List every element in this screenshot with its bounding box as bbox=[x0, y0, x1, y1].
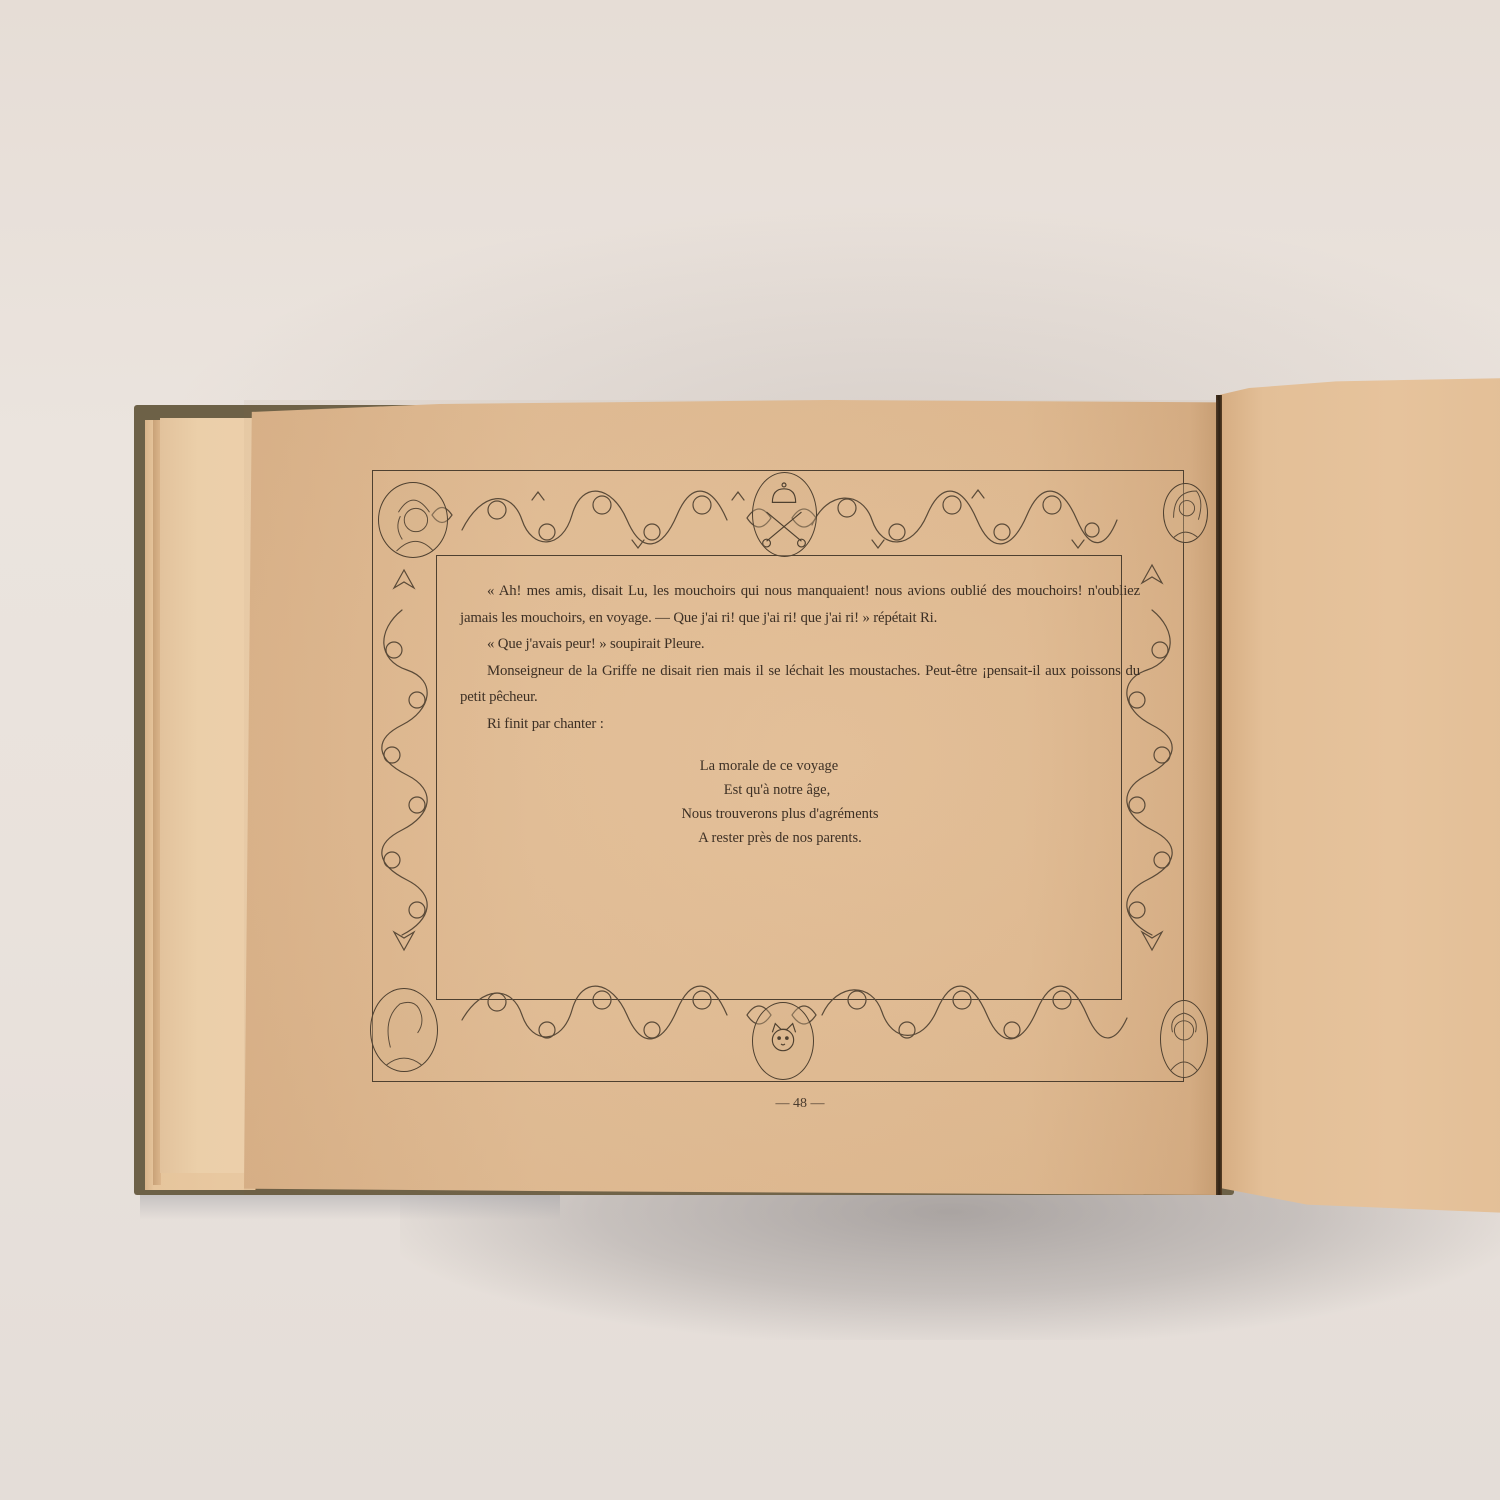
child-portrait-icon bbox=[1164, 484, 1207, 542]
medallion-bottom-right-portrait bbox=[1160, 1000, 1208, 1078]
poem-line-3: Nous trouverons plus d'agréments bbox=[640, 802, 920, 826]
crown-scepters-icon bbox=[753, 473, 816, 556]
poem-line-2: Est qu'à notre âge, bbox=[634, 778, 920, 802]
book-gutter bbox=[1216, 395, 1222, 1195]
page-body-text: « Ah! mes amis, disait Lu, les mouchoirs… bbox=[460, 578, 1140, 737]
poem-line-1: La morale de ce voyage bbox=[618, 754, 920, 778]
medallion-top-left-portrait bbox=[378, 482, 448, 558]
medallion-bottom-center-cat bbox=[752, 1002, 814, 1080]
medallion-top-right-portrait bbox=[1163, 483, 1208, 543]
page-number: — 48 — bbox=[760, 1096, 840, 1112]
poem-stanza: La morale de ce voyage Est qu'à notre âg… bbox=[640, 754, 920, 850]
child-profile-icon bbox=[371, 989, 437, 1071]
right-page bbox=[1220, 378, 1500, 1213]
child-portrait-icon bbox=[1161, 1001, 1207, 1077]
paragraph-3: Monseigneur de la Griffe ne disait rien … bbox=[460, 658, 1140, 711]
cat-head-icon bbox=[753, 1003, 813, 1079]
poem-line-4: A rester près de nos parents. bbox=[640, 826, 920, 850]
paragraph-4: Ri finit par chanter : bbox=[460, 711, 1140, 738]
medallion-bottom-left-portrait bbox=[370, 988, 438, 1072]
child-portrait-icon bbox=[379, 483, 447, 557]
paragraph-1: « Ah! mes amis, disait Lu, les mouchoirs… bbox=[460, 578, 1140, 631]
medallion-top-center-crown bbox=[752, 472, 817, 557]
flyleaf bbox=[160, 418, 255, 1173]
paragraph-2: « Que j'avais peur! » soupirait Pleure. bbox=[460, 631, 1140, 658]
